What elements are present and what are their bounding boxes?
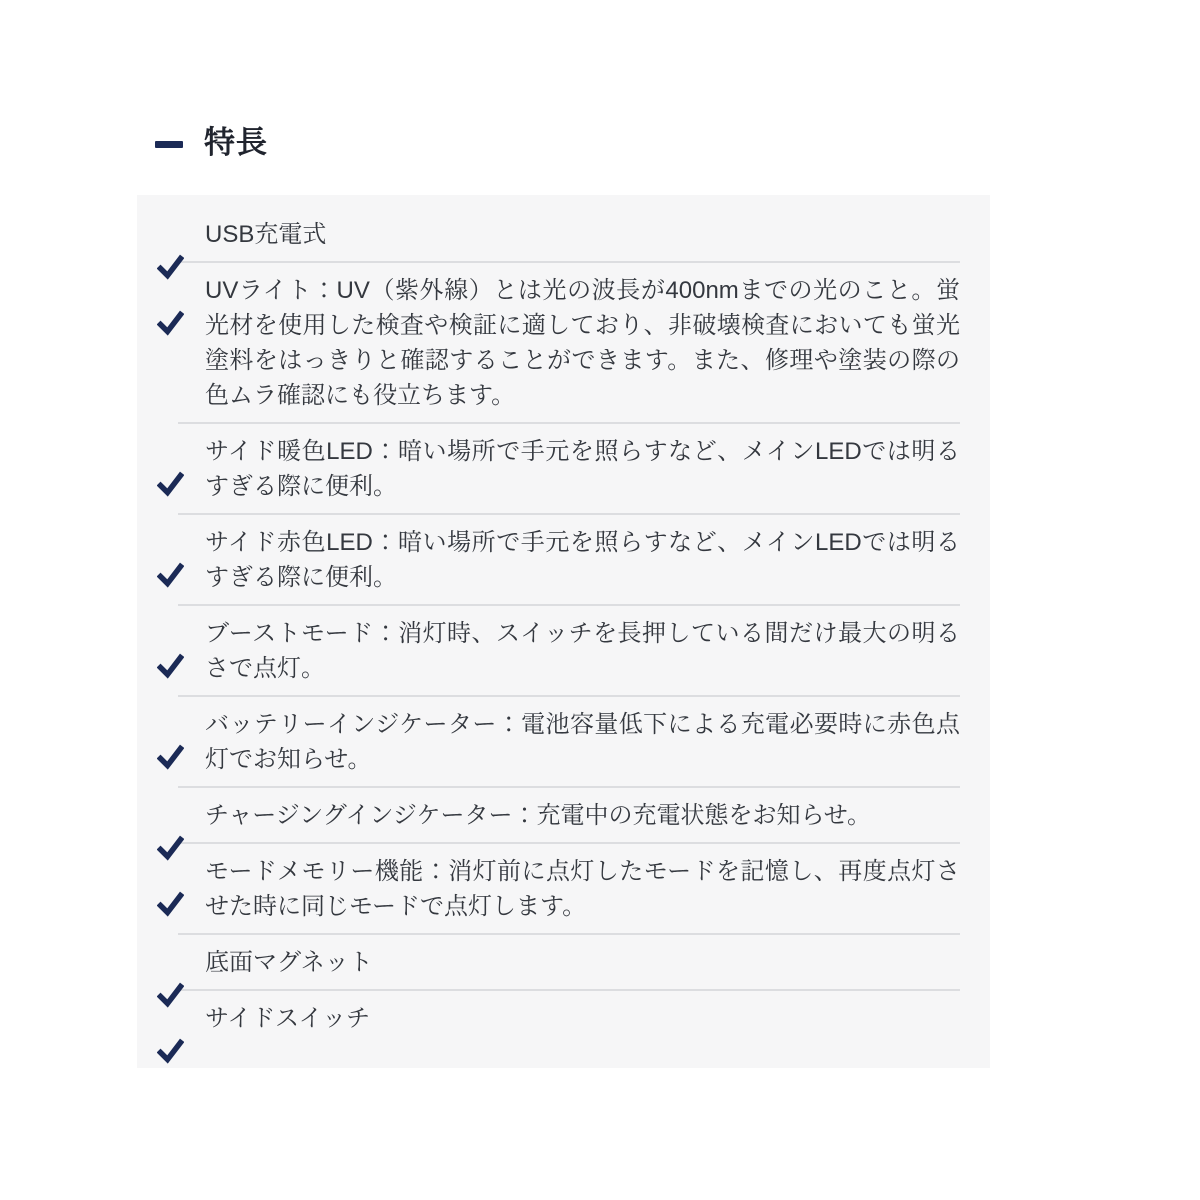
check-icon: [157, 653, 184, 680]
feature-item: バッテリーインジケーター：電池容量低下による充電必要時に赤色点灯でお知らせ。: [137, 697, 990, 788]
feature-item: 底面マグネット: [137, 935, 990, 991]
check-icon: [157, 744, 184, 771]
feature-item: サイドスイッチ: [137, 991, 990, 1047]
feature-item: ブーストモード：消灯時、スイッチを長押している間だけ最大の明るさで点灯。: [137, 606, 990, 697]
feature-text: USB充電式: [205, 221, 326, 248]
check-icon: [157, 982, 184, 1009]
feature-item: サイド暖色LED：暗い場所で手元を照らすなど、メインLEDでは明るすぎる際に便利…: [137, 424, 990, 515]
section-title: 特長: [204, 124, 268, 162]
feature-text: ブーストモード：消灯時、スイッチを長押している間だけ最大の明るさで点灯。: [205, 620, 960, 682]
feature-item: モードメモリー機能：消灯前に点灯したモードを記憶し、再度点灯させた時に同じモード…: [137, 844, 990, 935]
feature-text: モードメモリー機能：消灯前に点灯したモードを記憶し、再度点灯させた時に同じモード…: [205, 858, 960, 920]
feature-text: サイド暖色LED：暗い場所で手元を照らすなど、メインLEDでは明るすぎる際に便利…: [205, 438, 960, 500]
section-header: 特長: [155, 124, 268, 162]
feature-text: 底面マグネット: [205, 949, 373, 976]
check-icon: [157, 835, 184, 862]
feature-text: サイドスイッチ: [205, 1005, 370, 1032]
feature-text: UVライト：UV（紫外線）とは光の波長が400nmまでの光のこと。蛍光材を使用し…: [205, 277, 960, 409]
feature-item: サイド赤色LED：暗い場所で手元を照らすなど、メインLEDでは明るすぎる際に便利…: [137, 515, 990, 606]
feature-item: USB充電式: [137, 207, 990, 263]
feature-item: チャージングインジケーター：充電中の充電状態をお知らせ。: [137, 788, 990, 844]
check-icon: [157, 310, 184, 337]
check-icon: [157, 891, 184, 918]
page: { "colors": { "accent": "#1b2a56", "pane…: [0, 0, 1200, 1200]
check-icon: [157, 471, 184, 498]
check-icon: [157, 254, 184, 281]
feature-text: チャージングインジケーター：充電中の充電状態をお知らせ。: [205, 802, 871, 829]
feature-text: サイド赤色LED：暗い場所で手元を照らすなど、メインLEDでは明るすぎる際に便利…: [205, 529, 960, 591]
check-icon: [157, 1038, 184, 1065]
check-icon: [157, 562, 184, 589]
feature-text: バッテリーインジケーター：電池容量低下による充電必要時に赤色点灯でお知らせ。: [205, 711, 960, 773]
feature-item: UVライト：UV（紫外線）とは光の波長が400nmまでの光のこと。蛍光材を使用し…: [137, 263, 990, 424]
accent-dash-icon: [155, 141, 183, 148]
features-panel: USB充電式 UVライト：UV（紫外線）とは光の波長が400nmまでの光のこと。…: [137, 195, 990, 1068]
